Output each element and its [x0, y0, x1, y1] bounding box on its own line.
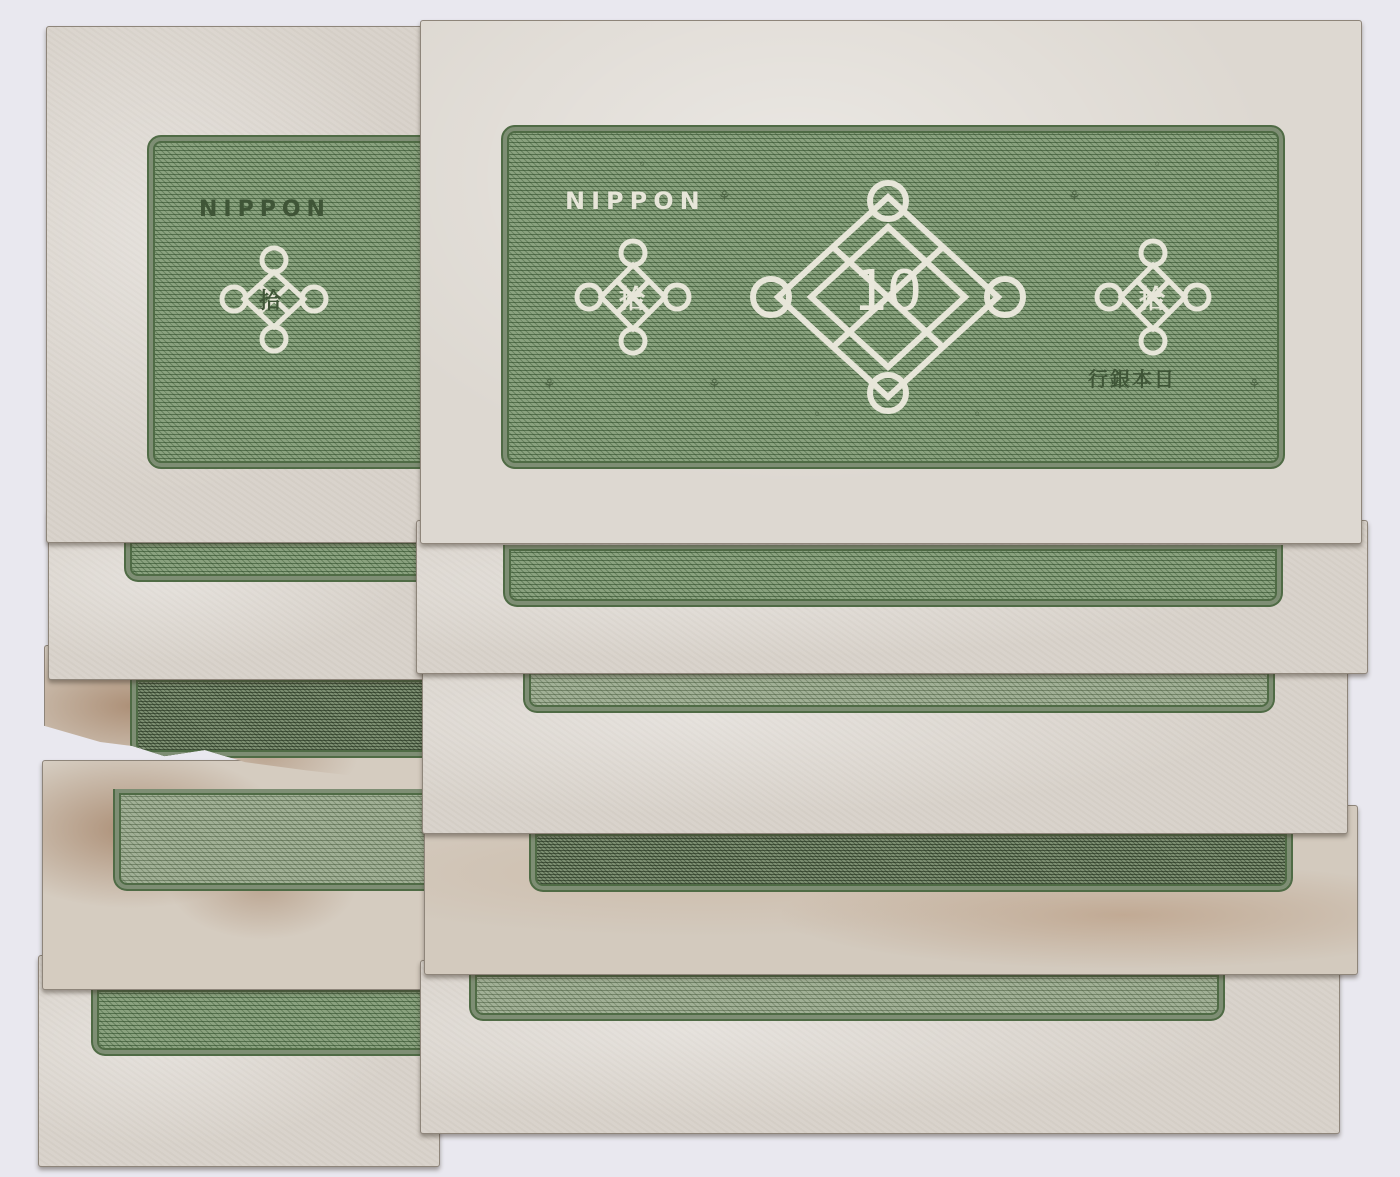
dot-ornament-icon: ◦	[973, 407, 981, 423]
left-denomination-kanji: 拾	[619, 279, 647, 316]
banknote-front-panel: NIPPON 拾	[501, 125, 1285, 469]
banknote-panel	[130, 676, 454, 758]
banknote-panel	[529, 830, 1293, 892]
nippon-text: NIPPON	[565, 187, 706, 215]
banknote-panel	[91, 986, 455, 1056]
flower-ornament-icon: ⚘	[543, 377, 556, 393]
issuer-text: 行銀本日	[1088, 363, 1176, 392]
flower-ornament-icon: ⚘	[718, 189, 731, 205]
banknote-left-1: NIPPON 拾	[46, 26, 458, 543]
flower-ornament-icon: ⚘	[1068, 189, 1081, 205]
denomination-kanji: 拾	[259, 284, 283, 315]
right-denomination-kanji: 拾	[1139, 279, 1167, 316]
banknote-panel	[113, 789, 457, 891]
banknote-front: NIPPON 拾	[420, 20, 1362, 544]
banknote-panel	[469, 971, 1225, 1021]
banknote-right-5	[420, 960, 1340, 1134]
flower-ornament-icon: ⚘	[1248, 377, 1261, 393]
flower-ornament-icon: ⚘	[708, 377, 721, 393]
dot-ornament-icon: ◦	[638, 157, 646, 173]
banknote-left-4	[42, 760, 444, 990]
dot-ornament-icon: ◦	[1153, 157, 1161, 173]
denomination-numeral: 10	[853, 259, 920, 324]
banknote-panel	[503, 545, 1283, 607]
nippon-text: NIPPON	[199, 197, 331, 222]
banknote-photo: NIPPON 拾 NIPPON	[0, 0, 1400, 1177]
dot-ornament-icon: ◦	[813, 407, 821, 423]
